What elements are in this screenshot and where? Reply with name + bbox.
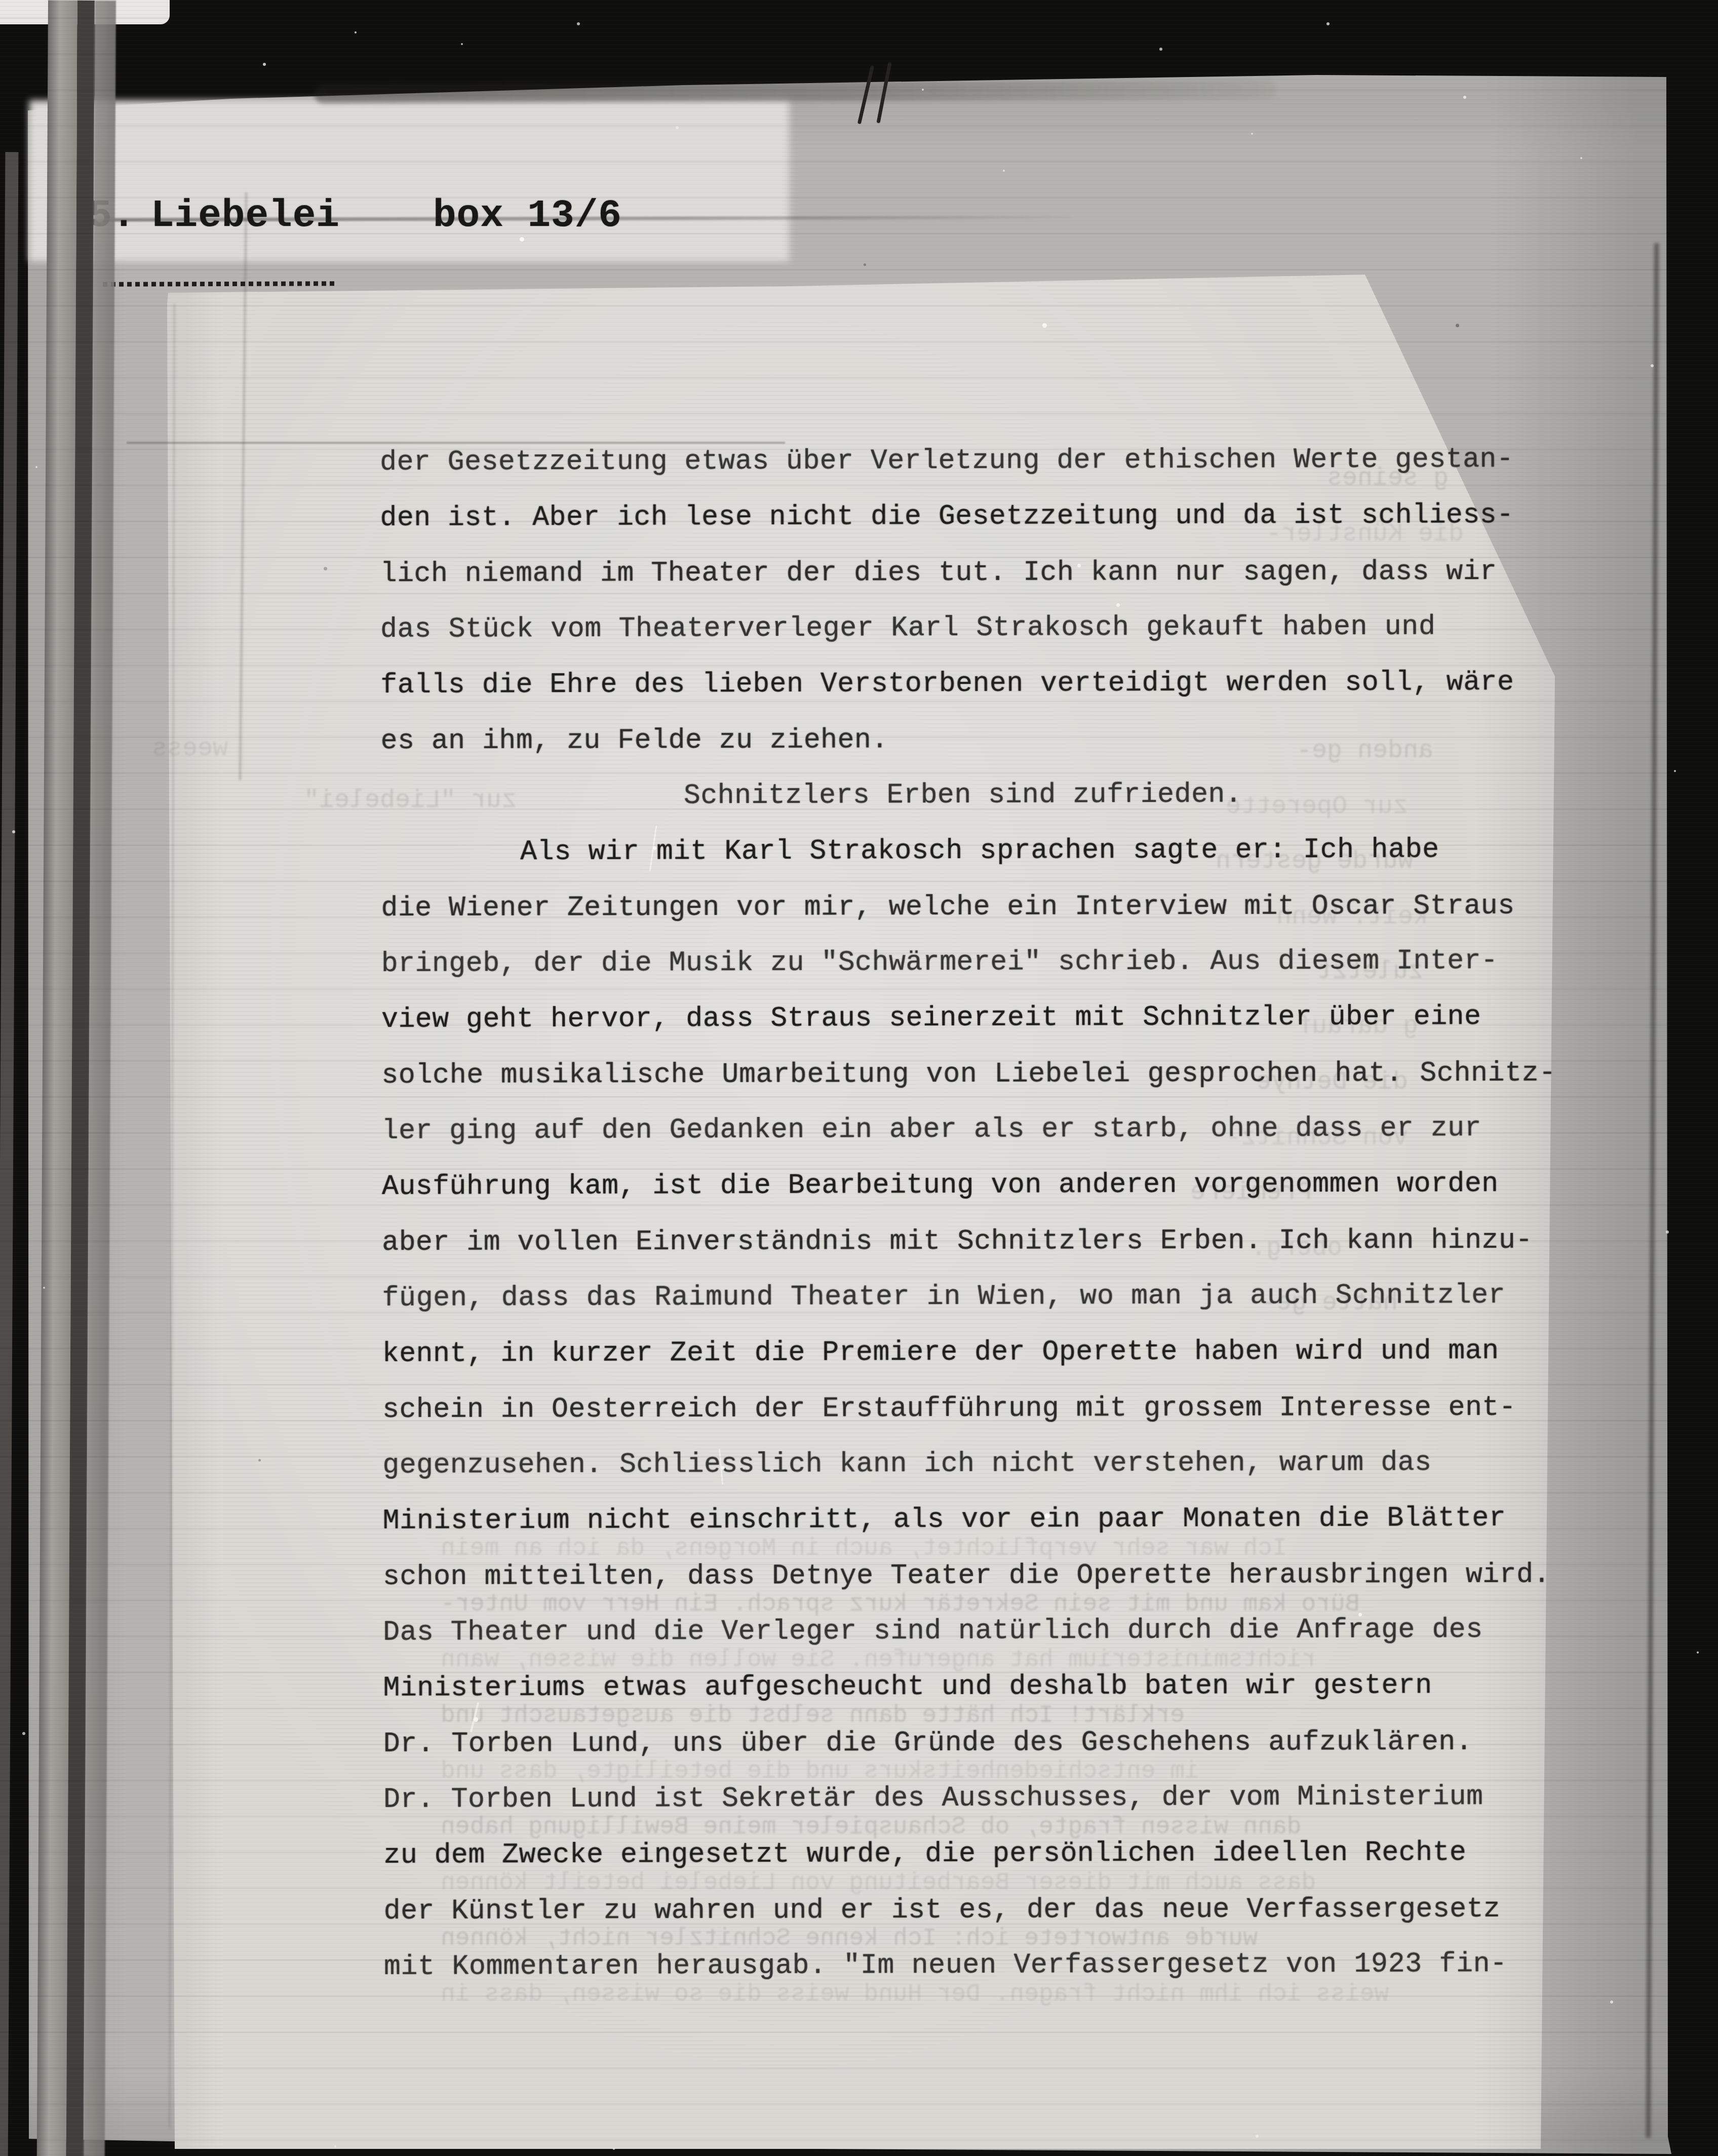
typed-line-paragraph-start: Als wir mit Karl Strakosch sprachen sagt… xyxy=(520,822,1526,880)
typed-line: die Wiener Zeitungen vor mir, welche ein… xyxy=(381,878,1526,936)
typed-line: gegenzusehen. Schliesslich kann ich nich… xyxy=(382,1435,1527,1493)
typed-line: lich niemand im Theater der dies tut. Ic… xyxy=(380,544,1525,602)
typed-line: der Künstler zu wahren und er ist es, de… xyxy=(384,1881,1529,1939)
dust-specks-background xyxy=(0,0,2,2)
typed-line: aber im vollen Einverständnis mit Schnit… xyxy=(382,1213,1527,1270)
typed-line: Ministerium nicht einschritt, als vor ei… xyxy=(382,1490,1527,1549)
typed-line: ler ging auf den Gedanken ein aber als e… xyxy=(381,1100,1526,1159)
typed-line: der Gesetzzeitung etwas über Verletzung … xyxy=(380,432,1525,490)
dotted-underline xyxy=(103,281,335,287)
scanned-document-page: 5. Liebelei box 13/6 der Gesetzzeitung e… xyxy=(0,0,1718,2156)
typed-line: kennt, in kurzer Zeit die Premiere der O… xyxy=(382,1323,1527,1382)
header-box-label: box 13/6 xyxy=(433,196,622,236)
typed-line: schon mitteilten, dass Detnye Teater die… xyxy=(383,1547,1528,1605)
typed-line: falls die Ehre des lieben Verstorbenen v… xyxy=(380,654,1525,713)
typed-line: den ist. Aber ich lese nicht die Gesetzz… xyxy=(380,487,1525,546)
typed-line: Ministeriums etwas aufgescheucht und des… xyxy=(383,1658,1528,1716)
bleedthrough-text: weess xyxy=(152,735,228,763)
header-title: Liebelei xyxy=(151,196,340,236)
typed-line: schein in Oesterreich der Erstaufführung… xyxy=(382,1380,1527,1438)
typed-line: zu dem Zwecke eingesetzt wurde, die pers… xyxy=(383,1825,1528,1883)
typed-line: fügen, dass das Raimund Theater in Wien,… xyxy=(382,1267,1527,1326)
typed-line: das Stück vom Theaterverleger Karl Strak… xyxy=(380,599,1525,658)
typed-line: Das Theater und die Verleger sind natürl… xyxy=(383,1602,1528,1661)
typed-line: view geht hervor, dass Straus seinerzeit… xyxy=(381,989,1526,1048)
binding-strip xyxy=(0,152,18,2156)
typed-line: solche musikalische Umarbeitung von Lieb… xyxy=(381,1046,1526,1103)
typed-line: Dr. Torben Lund ist Sekretär des Ausschu… xyxy=(383,1769,1528,1828)
typed-line: bringeb, der die Musik zu "Schwärmerei" … xyxy=(381,933,1526,992)
typed-line: mit Kommentaren herausgab. "Im neuen Ver… xyxy=(384,1936,1529,1995)
album-binding-edge xyxy=(0,0,132,2156)
header-label-strip xyxy=(29,100,789,261)
typed-line: Dr. Torben Lund, uns über die Gründe des… xyxy=(383,1714,1528,1772)
typed-line: es an ihm, zu Felde zu ziehen. xyxy=(380,711,1525,769)
typed-line: Ausführung kam, ist die Bearbeitung von … xyxy=(382,1156,1527,1215)
typed-letter-body: der Gesetzzeitung etwas über Verletzung … xyxy=(380,432,1529,1995)
typed-line-subheading: Schnitzlers Erben sind zufrieden. xyxy=(684,766,1526,824)
